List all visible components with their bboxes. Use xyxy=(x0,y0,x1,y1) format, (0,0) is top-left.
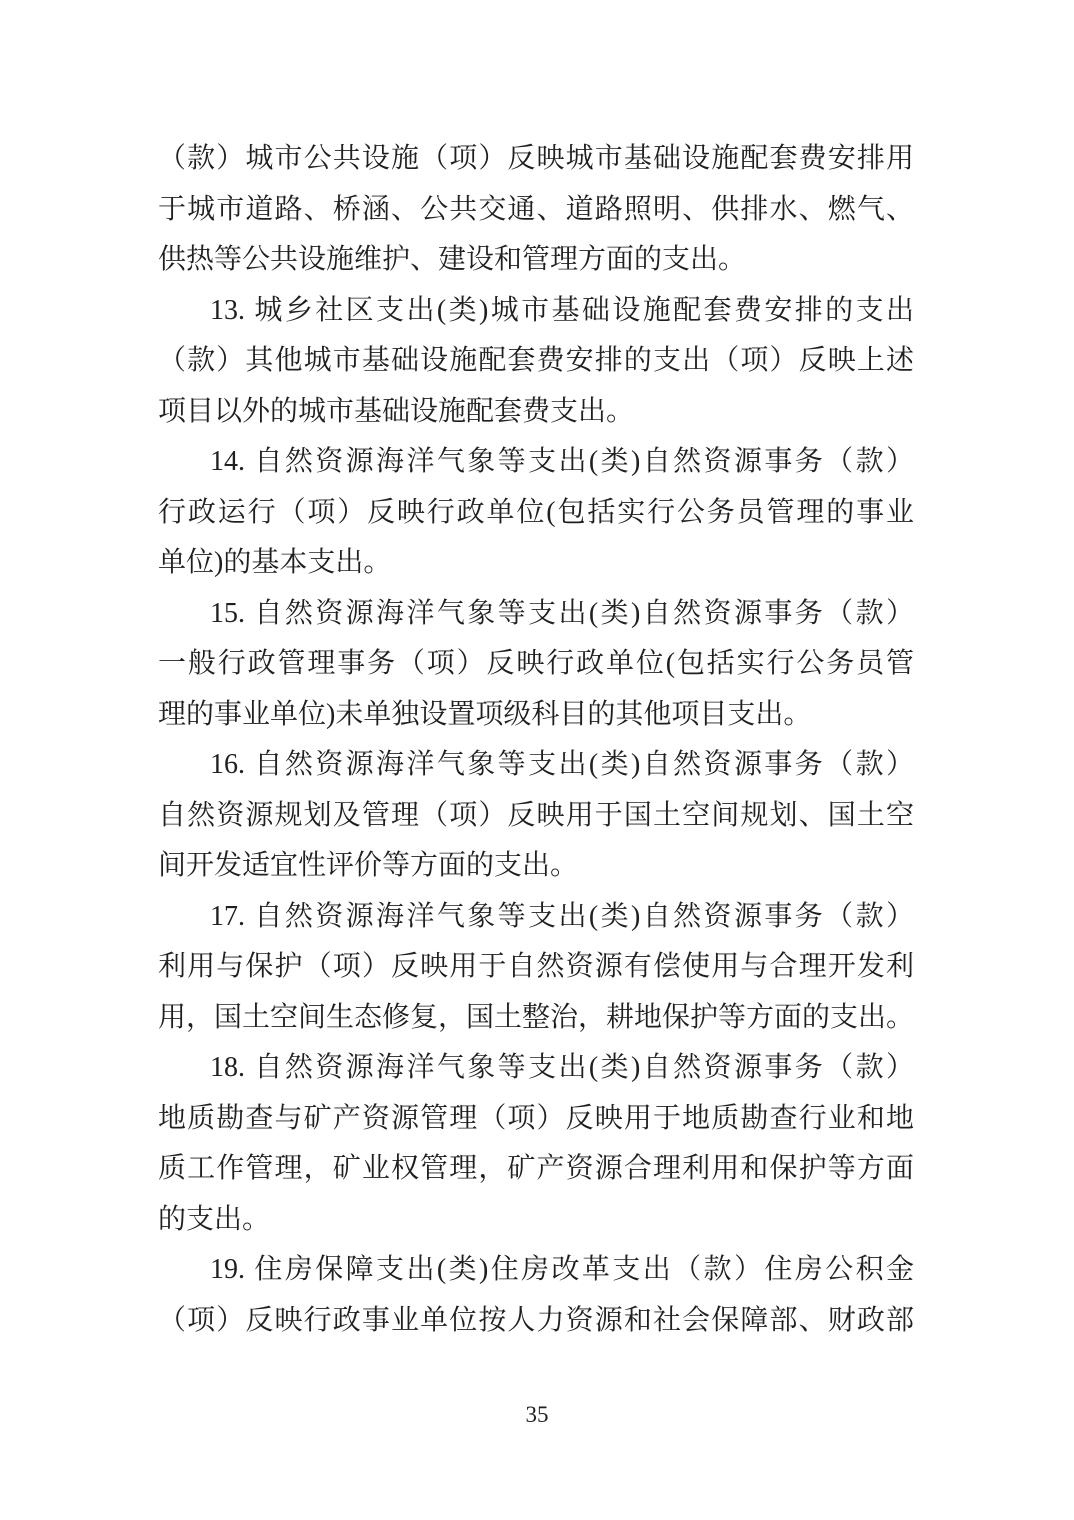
paragraph-item-16: 16. 自然资源海洋气象等支出(类)自然资源事务（款）自然资源规划及管理（项）反… xyxy=(158,740,914,892)
paragraph-item-17: 17. 自然资源海洋气象等支出(类)自然资源事务（款）利用与保护（项）反映用于自… xyxy=(158,892,914,1044)
paragraph-item-18: 18. 自然资源海洋气象等支出(类)自然资源事务（款）地质勘查与矿产资源管理（项… xyxy=(158,1043,914,1245)
text-line: （项）反映行政事业单位按人力资源和社会保障部、财政部 xyxy=(158,1296,914,1347)
text-line: 理的事业单位)未单独设置项级科目的其他项目支出。 xyxy=(158,690,914,741)
text-line: 18. 自然资源海洋气象等支出(类)自然资源事务（款） xyxy=(158,1043,914,1094)
text-line: 13. 城乡社区支出(类)城市基础设施配套费安排的支出 xyxy=(158,286,914,337)
text-line: 利用与保护（项）反映用于自然资源有偿使用与合理开发利 xyxy=(158,942,914,993)
text-line: 16. 自然资源海洋气象等支出(类)自然资源事务（款） xyxy=(158,740,914,791)
text-line: 17. 自然资源海洋气象等支出(类)自然资源事务（款） xyxy=(158,892,914,943)
text-line: 单位)的基本支出。 xyxy=(158,538,914,589)
paragraph-item-12-continuation: （款）城市公共设施（项）反映城市基础设施配套费安排用于城市道路、桥涵、公共交通、… xyxy=(158,134,914,286)
text-line: 一般行政管理事务（项）反映行政单位(包括实行公务员管 xyxy=(158,639,914,690)
paragraph-item-15: 15. 自然资源海洋气象等支出(类)自然资源事务（款）一般行政管理事务（项）反映… xyxy=(158,589,914,741)
text-line: 自然资源规划及管理（项）反映用于国土空间规划、国土空 xyxy=(158,791,914,842)
text-line: 质工作管理，矿业权管理，矿产资源合理利用和保护等方面 xyxy=(158,1144,914,1195)
text-line: 的支出。 xyxy=(158,1195,914,1246)
text-line: （款）其他城市基础设施配套费安排的支出（项）反映上述 xyxy=(158,336,914,387)
text-line: 行政运行（项）反映行政单位(包括实行公务员管理的事业 xyxy=(158,488,914,539)
paragraph-item-13: 13. 城乡社区支出(类)城市基础设施配套费安排的支出（款）其他城市基础设施配套… xyxy=(158,286,914,438)
text-line: 间开发适宜性评价等方面的支出。 xyxy=(158,841,914,892)
text-line: 于城市道路、桥涵、公共交通、道路照明、供排水、燃气、 xyxy=(158,185,914,236)
text-line: （款）城市公共设施（项）反映城市基础设施配套费安排用 xyxy=(158,134,914,185)
text-line: 地质勘查与矿产资源管理（项）反映用于地质勘查行业和地 xyxy=(158,1094,914,1145)
document-page: （款）城市公共设施（项）反映城市基础设施配套费安排用于城市道路、桥涵、公共交通、… xyxy=(0,0,1074,1520)
paragraph-item-19: 19. 住房保障支出(类)住房改革支出（款）住房公积金（项）反映行政事业单位按人… xyxy=(158,1245,914,1346)
text-line: 用，国土空间生态修复，国土整治，耕地保护等方面的支出。 xyxy=(158,993,914,1044)
text-line: 项目以外的城市基础设施配套费支出。 xyxy=(158,387,914,438)
text-line: 供热等公共设施维护、建设和管理方面的支出。 xyxy=(158,235,914,286)
text-line: 19. 住房保障支出(类)住房改革支出（款）住房公积金 xyxy=(158,1245,914,1296)
text-line: 15. 自然资源海洋气象等支出(类)自然资源事务（款） xyxy=(158,589,914,640)
page-number: 35 xyxy=(0,1402,1074,1428)
text-line: 14. 自然资源海洋气象等支出(类)自然资源事务（款） xyxy=(158,437,914,488)
document-text-block: （款）城市公共设施（项）反映城市基础设施配套费安排用于城市道路、桥涵、公共交通、… xyxy=(158,134,914,1346)
paragraph-item-14: 14. 自然资源海洋气象等支出(类)自然资源事务（款）行政运行（项）反映行政单位… xyxy=(158,437,914,589)
